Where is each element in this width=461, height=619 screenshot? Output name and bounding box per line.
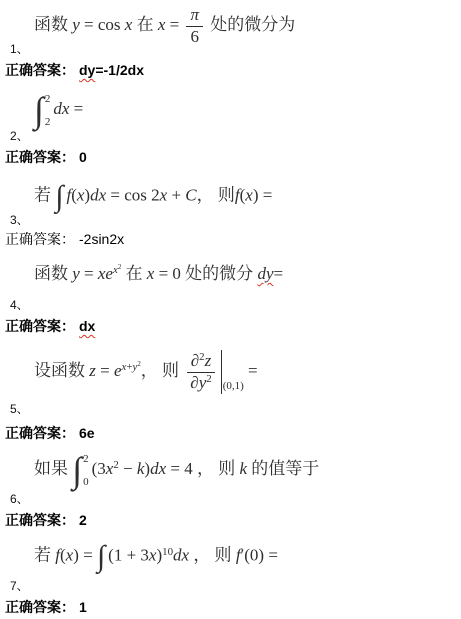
- question-4-formula: 函数 y = xex2 在 x = 0 处的微分 dy=: [34, 264, 283, 284]
- answer-value: 0: [79, 149, 87, 165]
- question-1-formula: 函数 y = cos x 在 x = π6 处的微分为: [34, 6, 295, 46]
- question-2-number: 2、: [10, 127, 29, 144]
- question-7-answer: 正确答案：1: [5, 597, 87, 617]
- answer-value: 2: [79, 512, 87, 528]
- question-4-number: 4、: [10, 296, 29, 313]
- question-4-answer: 正确答案：dx: [5, 316, 95, 336]
- answer-value: dy=-1/2dx: [79, 62, 144, 78]
- answer-label: 正确答案：: [5, 425, 75, 441]
- question-3-answer: 正确答案：-2sin2x: [5, 229, 124, 249]
- question-2-formula: ∫22dx =: [34, 92, 83, 128]
- answer-value: 1: [79, 599, 87, 615]
- question-1-number: 1、: [10, 40, 29, 57]
- question-6-answer: 正确答案：2: [5, 510, 87, 530]
- question-3-formula: 若 ∫f(x)dx = cos 2x + C， 则f(x) =: [34, 184, 272, 210]
- question-6-number: 6、: [10, 490, 29, 507]
- question-2-answer: 正确答案：0: [5, 147, 87, 167]
- question-1-answer: 正确答案：dy=-1/2dx: [5, 60, 144, 80]
- question-3-number: 3、: [10, 211, 29, 228]
- question-5-answer: 正确答案：6e: [5, 423, 95, 443]
- question-7-number: 7、: [10, 577, 29, 594]
- document-page: 函数 y = cos x 在 x = π6 处的微分为 1、 正确答案：dy=-…: [0, 0, 461, 619]
- answer-label: 正确答案：: [5, 599, 75, 615]
- answer-label: 正确答案：: [5, 512, 75, 528]
- answer-label: 正确答案：: [5, 231, 75, 247]
- answer-value: dx: [79, 318, 95, 334]
- question-5-number: 5、: [10, 400, 29, 417]
- question-7-formula: 若 f(x) = ∫(1 + 3x)10dx ， 则 f′(0) =: [34, 544, 278, 570]
- question-6-formula: 如果 ∫20(3x2 − k)dx = 4 ， 则 k 的值等于: [34, 452, 319, 488]
- answer-value: 6e: [79, 425, 95, 441]
- answer-label: 正确答案：: [5, 318, 75, 334]
- answer-label: 正确答案：: [5, 149, 75, 165]
- answer-value: -2sin2x: [79, 231, 124, 247]
- question-5-formula: 设函数 z = ex+y2， 则 ∂2z∂y2(0,1) =: [34, 350, 258, 394]
- answer-label: 正确答案：: [5, 62, 75, 78]
